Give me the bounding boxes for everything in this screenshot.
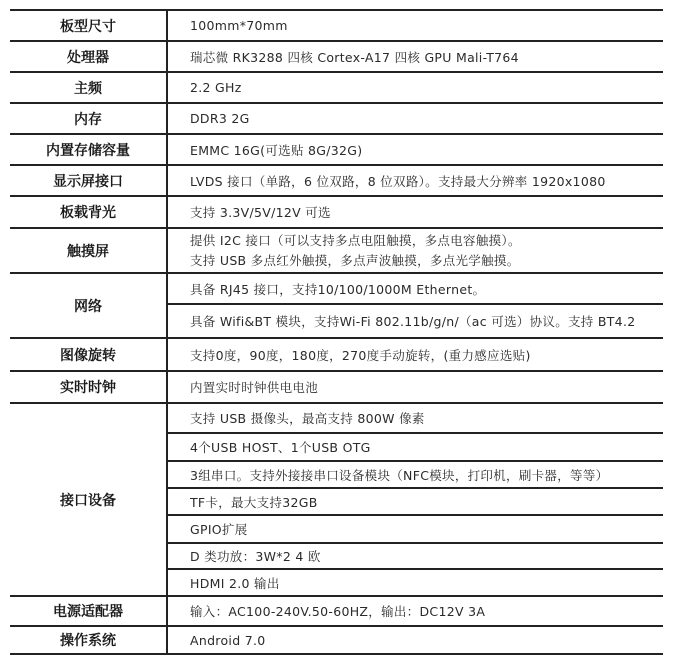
touch-line: 提供 I2C 接口（可以支持多点电阻触摸，多点电容触摸）。 [190,231,663,251]
table-row-power: 电源适配器 输入：AC100-240V.50-60HZ，输出：DC12V 3A [10,596,663,626]
row-label: 内置存储容量 [10,134,167,165]
table-row-rtc: 实时时钟 内置实时时钟供电电池 [10,371,663,403]
table-row-network: 网络 具备 RJ45 接口，支持10/100/1000M Ethernet。 [10,273,663,304]
table-row-memory: 内存 DDR3 2G [10,103,663,134]
row-value: 输入：AC100-240V.50-60HZ，输出：DC12V 3A [167,596,663,626]
table-row-rotation: 图像旋转 支持0度，90度，180度，270度手动旋转，(重力感应选贴) [10,338,663,371]
spec-table: 板型尺寸 100mm*70mm 处理器 瑞芯微 RK3288 四核 Cortex… [10,9,663,655]
table-row-board-size: 板型尺寸 100mm*70mm [10,10,663,41]
row-label: 触摸屏 [10,228,167,273]
row-value: 瑞芯微 RK3288 四核 Cortex-A17 四核 GPU Mali-T76… [167,41,663,72]
row-value: Android 7.0 [167,626,663,654]
row-label: 图像旋转 [10,338,167,371]
row-value: 2.2 GHz [167,72,663,103]
table-row-display-interface: 显示屏接口 LVDS 接口（单路，6 位双路，8 位双路）。支持最大分辨率 19… [10,165,663,196]
row-value: 具备 Wifi&BT 模块，支持Wi-Fi 802.11b/g/n/（ac 可选… [167,304,663,338]
table-row-backlight: 板载背光 支持 3.3V/5V/12V 可选 [10,196,663,228]
row-value: EMMC 16G(可选贴 8G/32G) [167,134,663,165]
row-value: 支持0度，90度，180度，270度手动旋转，(重力感应选贴) [167,338,663,371]
row-label: 主频 [10,72,167,103]
row-label: 显示屏接口 [10,165,167,196]
row-value: D 类功放：3W*2 4 欧 [167,543,663,569]
row-value: HDMI 2.0 输出 [167,569,663,596]
row-label: 处理器 [10,41,167,72]
row-value: 具备 RJ45 接口，支持10/100/1000M Ethernet。 [167,273,663,304]
row-value: LVDS 接口（单路，6 位双路，8 位双路）。支持最大分辨率 1920x108… [167,165,663,196]
row-label: 网络 [10,273,167,338]
table-row-frequency: 主频 2.2 GHz [10,72,663,103]
row-value: TF卡，最大支持32GB [167,488,663,515]
row-value: 100mm*70mm [167,10,663,41]
row-label: 实时时钟 [10,371,167,403]
row-value: GPIO扩展 [167,515,663,543]
row-label: 操作系统 [10,626,167,654]
row-value: 4个USB HOST、1个USB OTG [167,433,663,461]
row-label: 电源适配器 [10,596,167,626]
table-row-interfaces: 接口设备 支持 USB 摄像头，最高支持 800W 像素 [10,403,663,433]
row-label: 内存 [10,103,167,134]
table-row-storage: 内置存储容量 EMMC 16G(可选贴 8G/32G) [10,134,663,165]
row-value: 支持 USB 摄像头，最高支持 800W 像素 [167,403,663,433]
row-value: 支持 3.3V/5V/12V 可选 [167,196,663,228]
table-row-processor: 处理器 瑞芯微 RK3288 四核 Cortex-A17 四核 GPU Mali… [10,41,663,72]
table-row-touchscreen: 触摸屏 提供 I2C 接口（可以支持多点电阻触摸，多点电容触摸）。支持 USB … [10,228,663,273]
row-label: 板型尺寸 [10,10,167,41]
row-value: 提供 I2C 接口（可以支持多点电阻触摸，多点电容触摸）。支持 USB 多点红外… [167,228,663,273]
touch-line: 支持 USB 多点红外触摸，多点声波触摸，多点光学触摸。 [190,251,663,271]
row-value: 3组串口。支持外接接串口设备模块（NFC模块，打印机，刷卡器，等等） [167,461,663,488]
row-label: 接口设备 [10,403,167,596]
row-label: 板载背光 [10,196,167,228]
table-row-os: 操作系统 Android 7.0 [10,626,663,654]
row-value: 内置实时时钟供电电池 [167,371,663,403]
row-value: DDR3 2G [167,103,663,134]
